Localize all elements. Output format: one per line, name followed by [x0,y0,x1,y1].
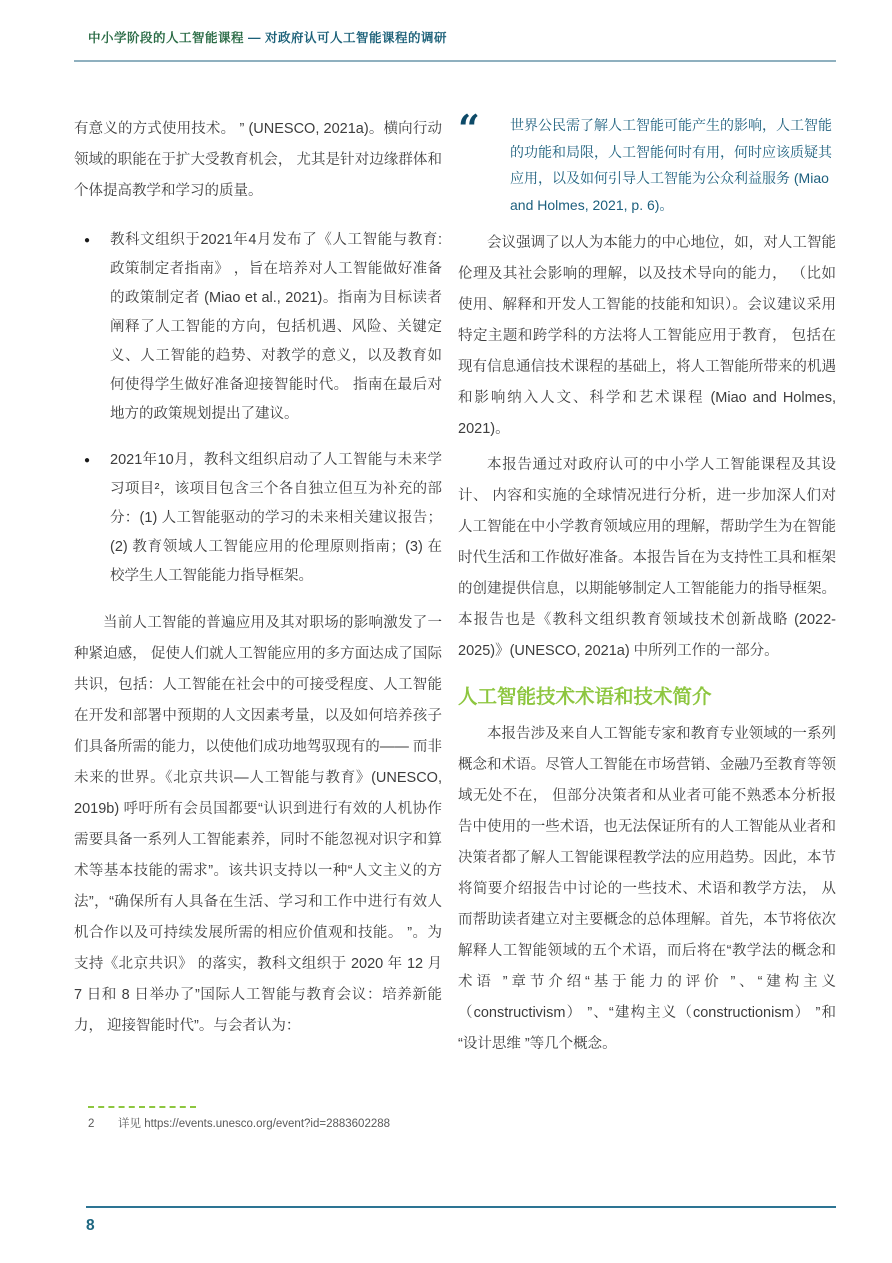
running-head-subtitle: — 对政府认可人工智能课程的调研 [248,31,447,45]
right-column: “ 世界公民需了解人工智能可能产生的影响，人工智能的功能和局限，人工智能何时有用… [458,112,836,1060]
running-head: 中小学阶段的人工智能课程 — 对政府认可人工智能课程的调研 [74,28,836,46]
footnote: 2详见 https://events.unesco.org/event?id=2… [88,1106,836,1131]
list-item-text: 教科文组织于2021年4月发布了《人工智能与教育: 政策制定者指南》 ，旨在培养… [110,232,442,422]
list-item: ● 教科文组织于2021年4月发布了《人工智能与教育: 政策制定者指南》 ，旨在… [74,226,442,429]
paragraph: 本报告涉及来自人工智能专家和教育专业领域的一系列概念和术语。尽管人工智能在市场营… [458,719,836,1060]
paragraph: 有意义的方式使用技术。 ” (UNESCO, 2021a)。横向行动领域的职能在… [74,114,442,207]
running-head-title: 中小学阶段的人工智能课程 [88,31,244,45]
header-divider [74,60,836,62]
footnote-divider [88,1106,196,1108]
pull-quote-text: 世界公民需了解人工智能可能产生的影响，人工智能的功能和局限，人工智能何时有用，何… [510,112,836,218]
document-page: 中小学阶段的人工智能课程 — 对政府认可人工智能课程的调研 有意义的方式使用技术… [0,0,892,1263]
paragraph: 本报告通过对政府认可的中小学人工智能课程及其设计、 内容和实施的全球情况进行分析… [458,450,836,667]
page-footer: 8 [86,1206,836,1235]
bullet-icon: ● [84,226,90,255]
list-item: ● 2021年10月，教科文组织启动了人工智能与未来学习项目²，该项目包含三个各… [74,446,442,591]
footnote-row: 2详见 https://events.unesco.org/event?id=2… [88,1115,836,1131]
bullet-icon: ● [84,446,90,475]
footnote-text: 详见 https://events.unesco.org/event?id=28… [118,1118,390,1130]
left-column: 有意义的方式使用技术。 ” (UNESCO, 2021a)。横向行动领域的职能在… [74,112,442,1060]
section-heading: 人工智能技术术语和技术简介 [458,681,836,709]
page-header: 中小学阶段的人工智能课程 — 对政府认可人工智能课程的调研 [74,28,836,62]
footnote-number: 2 [88,1118,118,1130]
page-body: 有意义的方式使用技术。 ” (UNESCO, 2021a)。横向行动领域的职能在… [74,112,836,1060]
pull-quote: “ 世界公民需了解人工智能可能产生的影响，人工智能的功能和局限，人工智能何时有用… [458,112,836,218]
bullet-list: ● 教科文组织于2021年4月发布了《人工智能与教育: 政策制定者指南》 ，旨在… [74,226,442,591]
list-item-text: 2021年10月，教科文组织启动了人工智能与未来学习项目²，该项目包含三个各自独… [110,452,442,584]
paragraph: 会议强调了以人为本能力的中心地位，如，对人工智能伦理及其社会影响的理解，以及技术… [458,228,836,445]
quote-icon: “ [458,106,476,151]
paragraph: 当前人工智能的普遍应用及其对职场的影响激发了一种紧迫感， 促使人们就人工智能应用… [74,608,442,1042]
page-number: 8 [86,1208,836,1235]
